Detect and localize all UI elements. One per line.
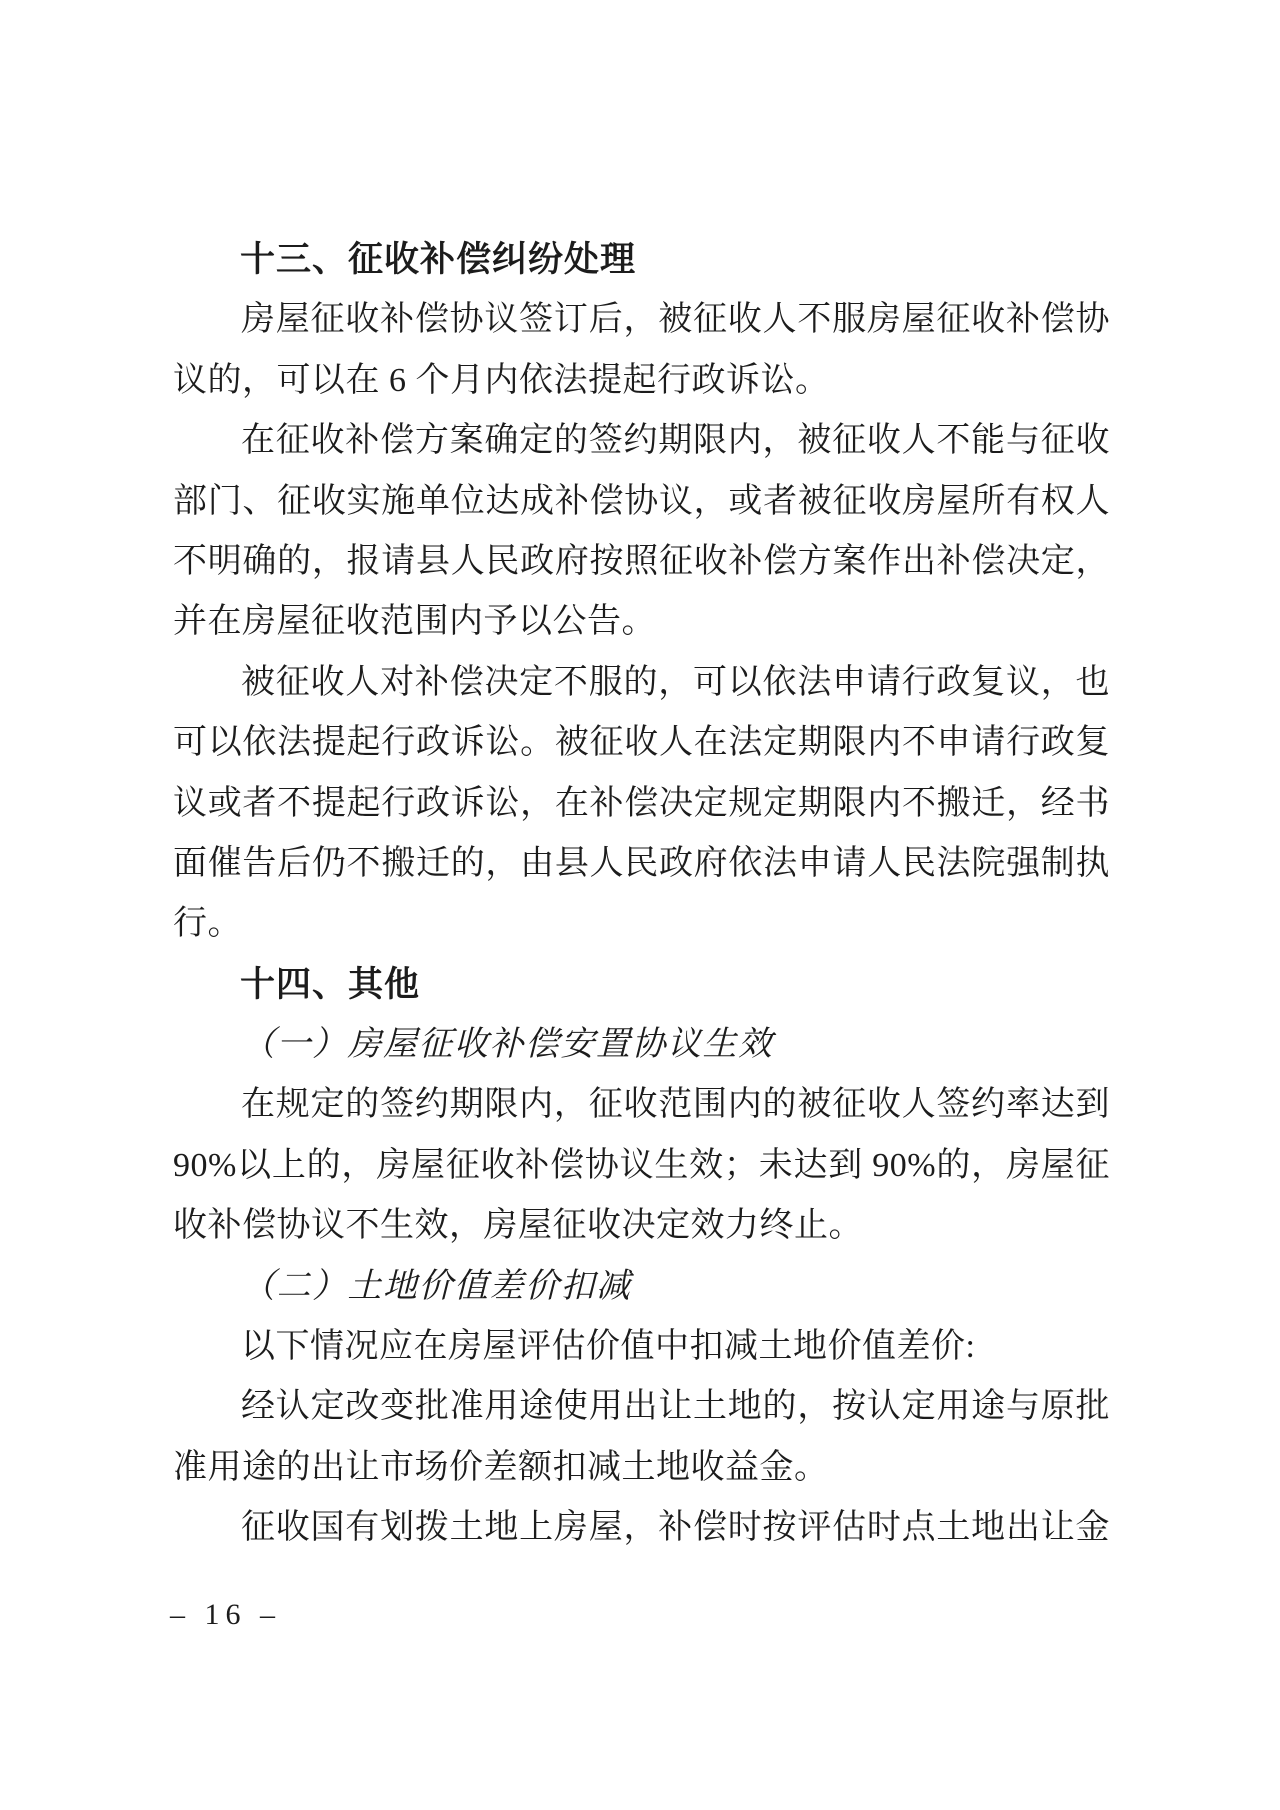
paragraph-line: 议或者不提起行政诉讼，在补偿决定规定期限内不搬迁，经书	[173, 774, 1110, 834]
section-heading-13: 十三、征收补偿纠纷处理	[173, 230, 1110, 290]
paragraph-line: 不明确的，报请县人民政府按照征收补偿方案作出补偿决定，	[173, 532, 1110, 592]
paragraph-line: 议的，可以在 6 个月内依法提起行政诉讼。	[173, 351, 1110, 411]
paragraph-line: 90%以上的，房屋征收补偿协议生效；未达到 90%的，房屋征	[173, 1136, 1110, 1196]
paragraph-line: 准用途的出让市场价差额扣减土地收益金。	[173, 1438, 1110, 1498]
paragraph-line: 可以依法提起行政诉讼。被征收人在法定期限内不申请行政复	[173, 713, 1110, 773]
paragraph-line: 面催告后仍不搬迁的，由县人民政府依法申请人民法院强制执	[173, 834, 1110, 894]
paragraph-line: 被征收人对补偿决定不服的，可以依法申请行政复议，也	[173, 653, 1110, 713]
paragraph-line: 经认定改变批准用途使用出让土地的，按认定用途与原批	[173, 1377, 1110, 1437]
paragraph-line: 行。	[173, 894, 1110, 954]
section-heading-14: 十四、其他	[173, 955, 1110, 1015]
sub-heading-1: （一）房屋征收补偿安置协议生效	[173, 1015, 1110, 1075]
text-block: 十三、征收补偿纠纷处理 房屋征收补偿协议签订后，被征收人不服房屋征收补偿协 议的…	[173, 230, 1110, 1559]
paragraph-line: 部门、征收实施单位达成补偿协议，或者被征收房屋所有权人	[173, 472, 1110, 532]
paragraph-line: 房屋征收补偿协议签订后，被征收人不服房屋征收补偿协	[173, 290, 1110, 350]
paragraph-line: 以下情况应在房屋评估价值中扣减土地价值差价:	[173, 1317, 1110, 1377]
paragraph-line: 在征收补偿方案确定的签约期限内，被征收人不能与征收	[173, 411, 1110, 471]
paragraph-line: 收补偿协议不生效，房屋征收决定效力终止。	[173, 1196, 1110, 1256]
sub-heading-2: （二）土地价值差价扣减	[173, 1257, 1110, 1317]
paragraph-line: 并在房屋征收范围内予以公告。	[173, 592, 1110, 652]
page-number: – 16 –	[170, 1598, 281, 1632]
paragraph-line: 征收国有划拨土地上房屋，补偿时按评估时点土地出让金	[173, 1498, 1110, 1558]
paragraph-line: 在规定的签约期限内，征收范围内的被征收人签约率达到	[173, 1075, 1110, 1135]
document-page: 十三、征收补偿纠纷处理 房屋征收补偿协议签订后，被征收人不服房屋征收补偿协 议的…	[0, 0, 1280, 1810]
